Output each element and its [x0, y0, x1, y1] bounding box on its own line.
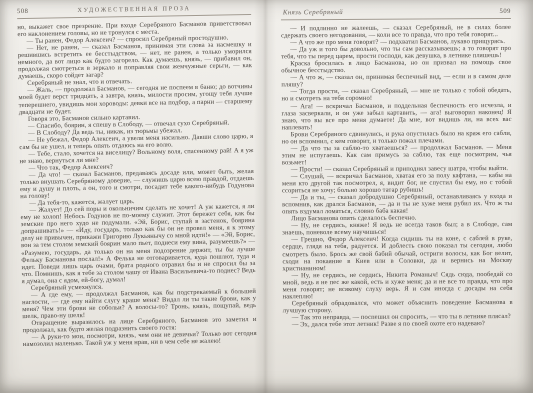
paragraph: — Эх, дался тебе этот летник! Разве я по… — [283, 320, 513, 328]
paragraph: — Ну, не сердись, княже! Я ведь не всегд… — [282, 221, 512, 236]
paragraph: — Ну, не сердись, не сердись, Никита Ром… — [282, 271, 512, 301]
left-header-spacer — [217, 9, 251, 10]
paragraph: — Тогда прости, — сказал Серебряный, — м… — [281, 87, 511, 102]
paragraph: — Да что! — сказал Басманов, предаваясь … — [20, 168, 254, 200]
right-page-text: — И подлинно не жалеешь, — сказал Серебр… — [281, 24, 513, 328]
paragraph: — Да уж и того бы довольно, что ты сам р… — [281, 45, 511, 60]
left-running-head: ХУДОЖЕСТВЕННАЯ ПРОЗА — [51, 5, 217, 16]
paragraph: — Грешно, Федор Алексеич! Когда сидишь т… — [282, 235, 512, 272]
paragraph: — Жалует! До сей поры и окольничим сдела… — [20, 203, 255, 285]
right-header-rule — [281, 18, 511, 20]
paragraph: — И подлинно не жалеешь, — сказал Серебр… — [281, 24, 511, 39]
paragraph: Брови Серебряного сдвинулись, и рука опу… — [282, 130, 512, 145]
left-page-number: 508 — [17, 8, 51, 17]
book-photo: 508 ХУДОЖЕСТВЕННАЯ ПРОЗА но, выкажет сво… — [0, 0, 533, 393]
paragraph: — Ага! — вскричал Басманов, и поддельная… — [281, 101, 511, 131]
paragraph: — Слушай, — вскричал Басманов, хватая ег… — [282, 172, 512, 195]
right-running-head: Князь Серебряный — [281, 8, 477, 17]
paragraph: — А где ему, — продолжал Басманов, как б… — [22, 288, 256, 320]
left-page-text: но, выкажет свое презрение. При входе Се… — [17, 20, 257, 348]
right-page-header: Князь Серебряный 509 — [281, 8, 511, 18]
paragraph: — А руки-то мои, посмотри, князь, чем он… — [23, 330, 257, 348]
paragraph: Серебряный обрадовался, что может объясн… — [283, 299, 513, 314]
paragraph: Краска бросилась в лицо Басманова, но он… — [281, 59, 511, 74]
left-page: 508 ХУДОЖЕСТВЕННАЯ ПРОЗА но, выкажет сво… — [0, 0, 265, 393]
paragraph: — Да и ты, — сказал добродушно Серебряны… — [282, 193, 512, 216]
paragraph: — Да что ты за саблю-то хватаешься? — пр… — [282, 144, 512, 167]
right-page: Князь Серебряный 509 — И подлинно не жал… — [262, 0, 533, 393]
paragraph: — Жаль, — продолжал Басманов, — сегодня … — [18, 83, 252, 115]
paragraph: — А что ж, — сказал он, принимая беспечн… — [281, 73, 511, 88]
paragraph: — Нет, не ранен, — сказал Басманов, прин… — [18, 41, 253, 80]
right-page-number: 509 — [477, 8, 511, 16]
